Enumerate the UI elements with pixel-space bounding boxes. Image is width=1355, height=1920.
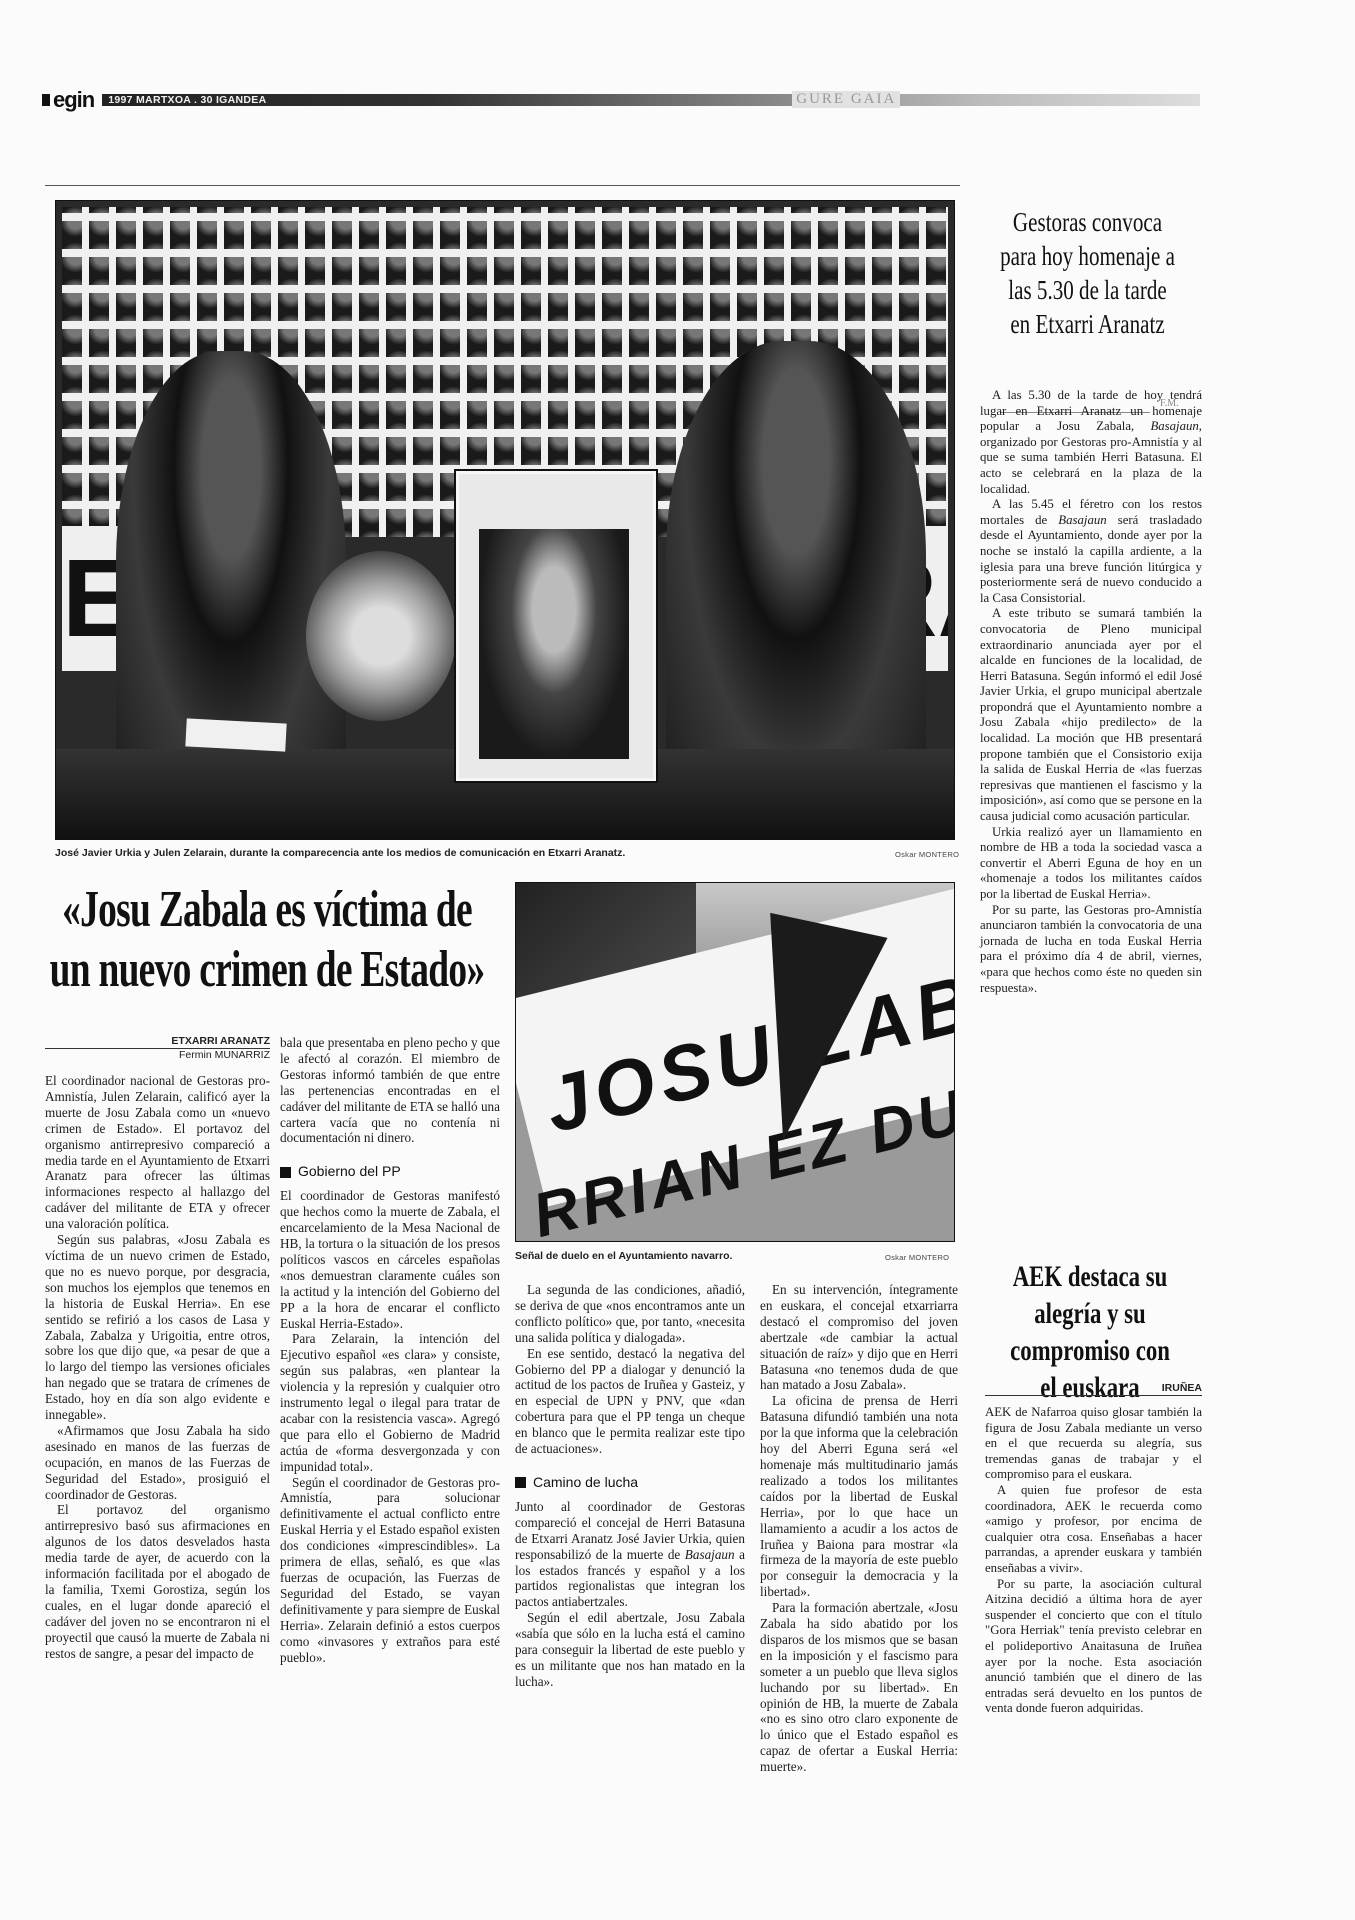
paragraph: Según el coordinador de Gestoras pro-Amn… <box>280 1475 500 1666</box>
newspaper-logo: egin <box>53 92 94 108</box>
paragraph: A las 5.45 el féretro con los restos mor… <box>980 497 1202 606</box>
aek-article-body: AEK de Nafarroa quiso glosar también la … <box>985 1405 1202 1717</box>
top-rule <box>45 185 960 186</box>
logo-mark <box>42 94 50 106</box>
main-photo-caption: José Javier Urkia y Julen Zelarain, dura… <box>55 847 625 859</box>
paragraph: La segunda de las condiciones, añadió, s… <box>515 1282 745 1346</box>
paragraph: Junto al coordinador de Gestoras compare… <box>515 1499 745 1610</box>
side-article-body: A las 5.30 de la tarde de hoy tendrá lug… <box>980 388 1202 996</box>
article-column-2: bala que presentaba en pleno pecho y que… <box>280 1035 500 1665</box>
main-photo-credit: Oskar MONTERO <box>895 850 959 859</box>
square-bullet-icon <box>280 1167 291 1178</box>
photo-framed-portrait <box>456 471 656 781</box>
paragraph: La oficina de prensa de Herri Batasuna d… <box>760 1393 958 1600</box>
paragraph: bala que presentaba en pleno pecho y que… <box>280 1035 500 1146</box>
article-column-4: En su intervención, íntegramente en eusk… <box>760 1282 958 1775</box>
paragraph: El coordinador nacional de Gestoras pro-… <box>45 1073 270 1232</box>
paragraph: Urkia realizó ayer un llamamiento en nom… <box>980 825 1202 903</box>
photo-paper <box>185 718 286 751</box>
issue-date: 1997 MARTXOA . 30 IGANDEA <box>102 94 266 106</box>
paragraph: Por su parte, la asociación cultural Ait… <box>985 1577 1202 1717</box>
paragraph: En ese sentido, destacó la negativa del … <box>515 1346 745 1457</box>
square-bullet-icon <box>515 1477 526 1488</box>
aek-byline: IRUÑEA <box>985 1382 1202 1396</box>
subhead-camino: Camino de lucha <box>515 1475 745 1491</box>
paragraph: Para Zelarain, la intención del Ejecutiv… <box>280 1331 500 1474</box>
article-column-1: El coordinador nacional de Gestoras pro-… <box>45 1073 270 1662</box>
aek-location: IRUÑEA <box>985 1382 1202 1396</box>
byline: ETXARRI ARANATZ Fermin MUNARRIZ <box>45 1035 270 1061</box>
paragraph: El coordinador de Gestoras manifestó que… <box>280 1188 500 1331</box>
paragraph: El portavoz del organismo antirrepresivo… <box>45 1502 270 1661</box>
section-name: GURE GAIA <box>792 91 900 108</box>
subhead-gobierno: Gobierno del PP <box>280 1164 500 1180</box>
page-header: egin 1997 MARTXOA . 30 IGANDEA GURE GAIA <box>42 92 1200 108</box>
paragraph: A las 5.30 de la tarde de hoy tendrá lug… <box>980 388 1202 497</box>
byline-location: ETXARRI ARANATZ <box>45 1035 270 1049</box>
second-photo-caption: Señal de duelo en el Ayuntamiento navarr… <box>515 1250 732 1262</box>
paragraph: Según el edil abertzale, Josu Zabala «sa… <box>515 1610 745 1690</box>
paragraph: En su intervención, íntegramente en eusk… <box>760 1282 958 1393</box>
portrait-image <box>479 529 629 759</box>
second-photo: JOSU ZABALA RRIAN EZ DU <box>515 882 955 1242</box>
paragraph: A quien fue profesor de esta coordinador… <box>985 1483 1202 1577</box>
subhead-text: Gobierno del PP <box>298 1164 401 1180</box>
paragraph: Según sus palabras, «Josu Zabala es víct… <box>45 1232 270 1423</box>
main-headline: «Josu Zabala es víctima de un nuevo crim… <box>47 880 486 1000</box>
byline-author: Fermin MUNARRIZ <box>179 1049 270 1061</box>
paragraph: A este tributo se sumará también la conv… <box>980 606 1202 824</box>
paragraph: AEK de Nafarroa quiso glosar también la … <box>985 1405 1202 1483</box>
subhead-text: Camino de lucha <box>533 1475 638 1491</box>
photo-flowers <box>306 551 456 721</box>
second-photo-credit: Oskar MONTERO <box>885 1253 949 1262</box>
main-photo: ES RA <box>55 200 955 840</box>
side-headline: Gestoras convoca para hoy homenaje a las… <box>1000 205 1176 341</box>
paragraph: Por su parte, las Gestoras pro-Amnistía … <box>980 903 1202 997</box>
article-column-3: La segunda de las condiciones, añadió, s… <box>515 1282 745 1690</box>
header-band: 1997 MARTXOA . 30 IGANDEA GURE GAIA <box>102 94 1200 106</box>
paragraph: «Afirmamos que Josu Zabala ha sido asesi… <box>45 1423 270 1503</box>
paragraph: Para la formación abertzale, «Josu Zabal… <box>760 1600 958 1775</box>
